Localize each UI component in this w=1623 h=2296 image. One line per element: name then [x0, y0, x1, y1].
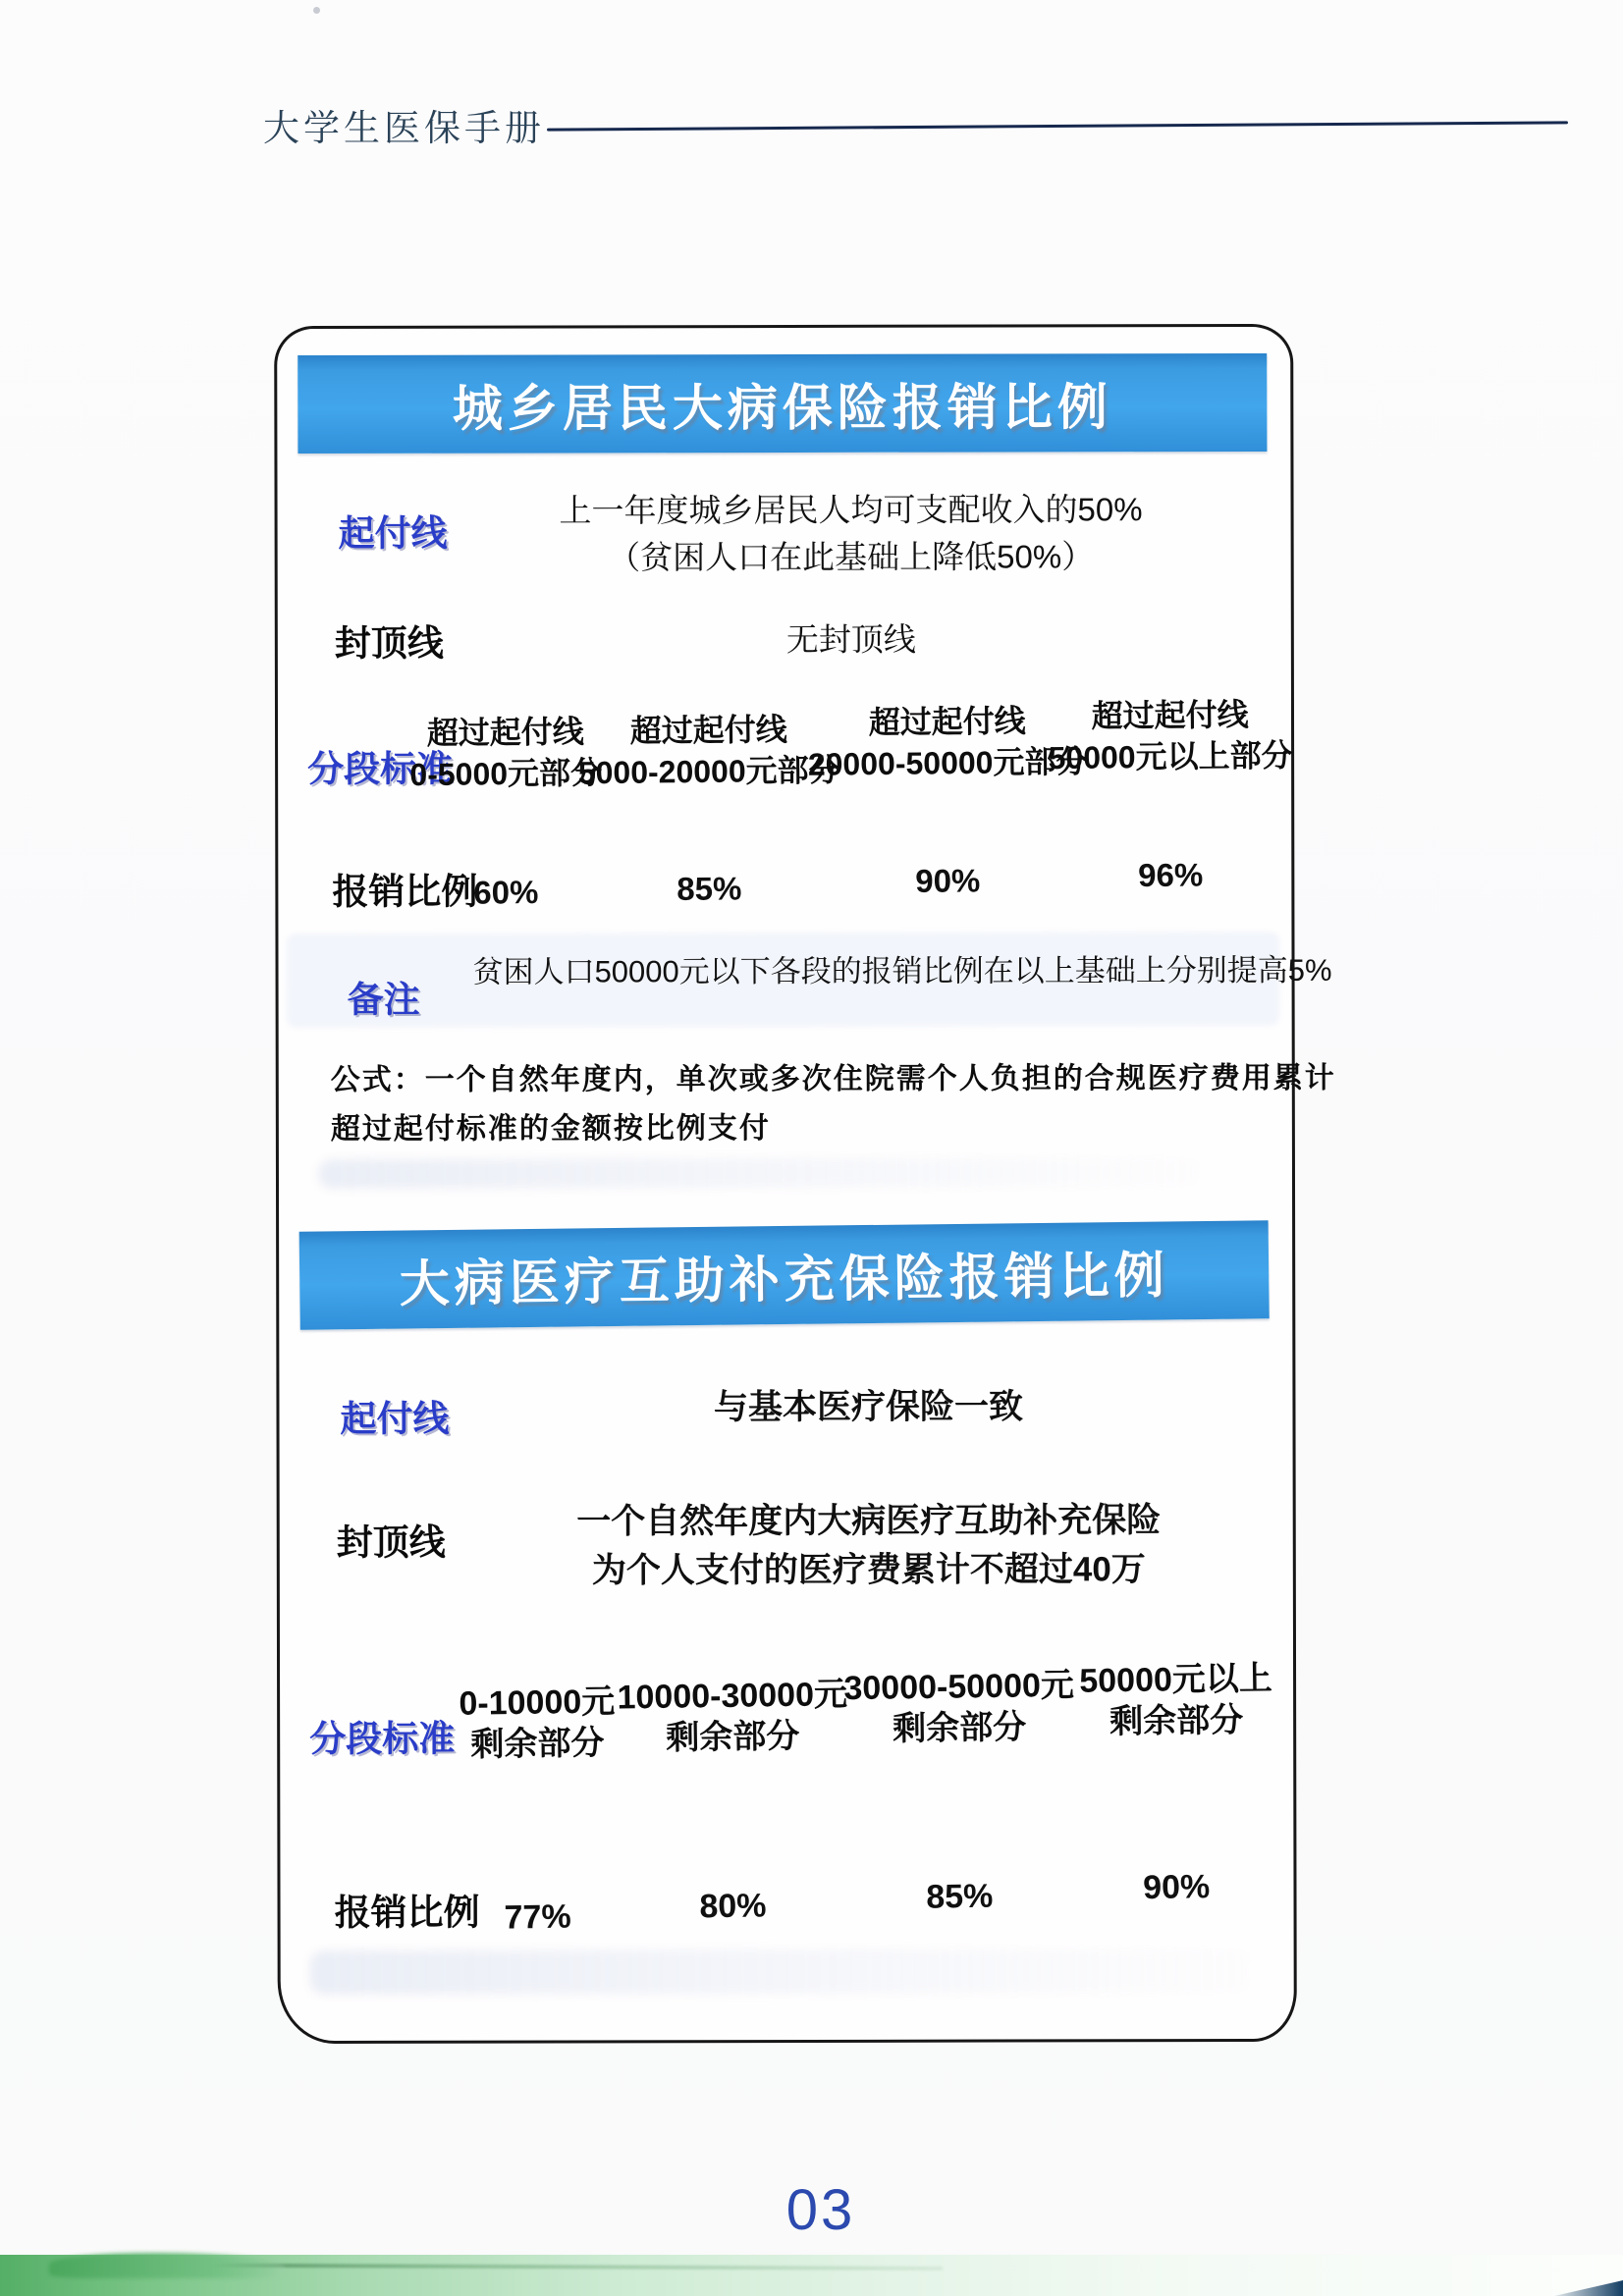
table1-segment-col4: 超过起付线 50000元以上部分 — [1048, 693, 1293, 778]
footer-green-blob — [49, 2253, 285, 2278]
table1-ratio-value2: 85% — [676, 870, 741, 908]
table2-segment-col1-line2: 剩余部分 — [460, 1722, 616, 1765]
table1-deductible-line1: 上一年度城乡居民人均可支配收入的50% — [559, 484, 1142, 531]
table2-segment-col4: 50000元以上 剩余部分 — [1079, 1658, 1273, 1743]
page-header-title: 大学生医保手册 — [263, 98, 545, 151]
table1-segment-col1-line2: 0-5000元部分 — [409, 752, 602, 795]
table1-segment-col4-line2: 50000元以上部分 — [1048, 734, 1292, 778]
table2-segment-col4-line2: 剩余部分 — [1080, 1699, 1273, 1743]
table1-segment-col2-line2: 5000-20000元部分 — [578, 749, 840, 793]
formula-line2: 超过起付标准的金额按比例支付 — [331, 1103, 771, 1148]
table2-cap-line2: 为个人支付的医疗费累计不超过40万 — [592, 1542, 1146, 1592]
table1-deductible-line2: （贫困人口在此基础上降低50%） — [608, 531, 1094, 578]
table1-cap-value: 无封顶线 — [786, 614, 916, 661]
scan-dot-artifact — [313, 7, 320, 14]
table1-remark-label: 备注 — [348, 970, 420, 1023]
table2-ratio-value2: 80% — [699, 1887, 767, 1926]
table1-ratio-row: 60% 85% 90% 96% — [278, 864, 1291, 921]
insurance-info-card: 城乡居民大病保险报销比例 起付线 上一年度城乡居民人均可支配收入的50% （贫困… — [274, 324, 1297, 2044]
table2-ratio-value4: 90% — [1143, 1868, 1211, 1907]
table2-segment-col2: 10000-30000元 剩余部分 — [617, 1674, 848, 1759]
table1-ratio-value3: 90% — [915, 862, 980, 900]
table2-segment-col2-line1: 10000-30000元 — [617, 1674, 847, 1718]
table2-segment-col2-line2: 剩余部分 — [618, 1715, 848, 1759]
table1-segments-row: 超过起付线 0-5000元部分 超过起付线 5000-20000元部分 超过起付… — [278, 703, 1292, 812]
table1-segment-col2: 超过起付线 5000-20000元部分 — [577, 708, 840, 793]
table2-deductible-value: 与基本医疗保险一致 — [714, 1379, 1023, 1429]
table2-segment-col3-line2: 剩余部分 — [844, 1706, 1075, 1750]
table1-segment-col3-line2: 20000-50000元部分 — [808, 741, 1088, 785]
table2-cap-label: 封顶线 — [337, 1513, 446, 1566]
table2-ratio-value1: 77% — [504, 1898, 571, 1938]
table1-segment-col4-line1: 超过起付线 — [1048, 693, 1292, 737]
scan-smudge-middle — [318, 1157, 1202, 1189]
table1-title: 城乡居民大病保险报销比例 — [453, 366, 1112, 440]
table2-segment-col1-line1: 0-10000元 — [459, 1682, 615, 1725]
scan-smudge-bottom — [310, 1949, 1253, 1995]
formula-line1: 公式：一个自然年度内，单次或多次住院需个人负担的合规医疗费用累计 — [331, 1053, 1336, 1098]
table1-cap-label: 封顶线 — [335, 614, 444, 667]
table1-deductible-label: 起付线 — [339, 504, 448, 557]
table1-ratio-value4: 96% — [1138, 857, 1203, 895]
table2-deductible-label: 起付线 — [340, 1389, 449, 1442]
table2-segment-col4-line1: 50000元以上 — [1079, 1658, 1272, 1702]
table2-title: 大病医疗互助补充保险报销比例 — [399, 1234, 1169, 1315]
table2-segment-col3: 30000-50000元 剩余部分 — [843, 1665, 1075, 1750]
table2-segment-col3-line1: 30000-50000元 — [843, 1665, 1074, 1709]
table1-ratio-value1: 60% — [473, 874, 538, 912]
header-rule-line — [547, 121, 1568, 131]
page-number: 03 — [786, 2177, 856, 2243]
table2-cap-line1: 一个自然年度内大病医疗互助补充保险 — [576, 1493, 1161, 1543]
table1-title-bar: 城乡居民大病保险报销比例 — [298, 353, 1267, 454]
table2-ratio-value3: 85% — [926, 1878, 994, 1917]
table1-segment-col1-line1: 超过起付线 — [409, 711, 602, 754]
table1-remark-text: 贫困人口50000元以下各段的报销比例在以上基础上分别提高5% — [472, 945, 1331, 991]
table1-segment-col3-line1: 超过起付线 — [807, 700, 1087, 744]
table2-segment-col1: 0-10000元 剩余部分 — [459, 1682, 616, 1766]
table2-segments-row: 0-10000元 剩余部分 10000-30000元 剩余部分 30000-50… — [279, 1666, 1293, 1779]
table1-segment-col2-line1: 超过起付线 — [577, 708, 839, 752]
table1-segment-col3: 超过起付线 20000-50000元部分 — [807, 700, 1088, 785]
table2-title-bar: 大病医疗互助补充保险报销比例 — [299, 1220, 1270, 1330]
table1-segment-col1: 超过起付线 0-5000元部分 — [409, 711, 603, 795]
